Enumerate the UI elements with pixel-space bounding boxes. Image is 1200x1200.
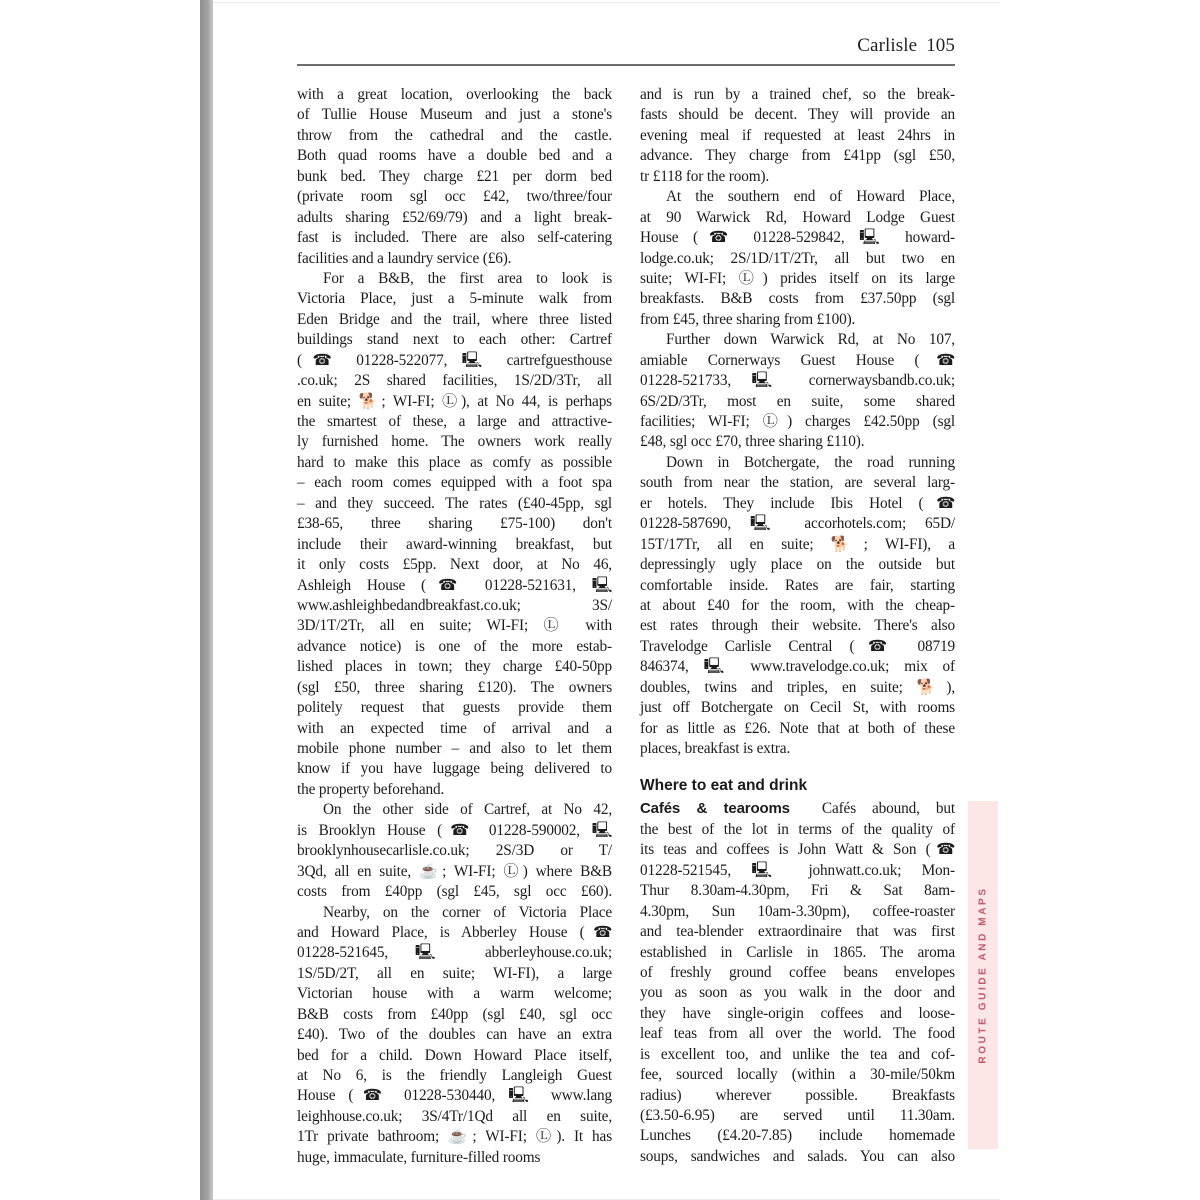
text-line: – each room comes equipped with a foot s…	[297, 473, 612, 493]
section-spacer	[640, 759, 955, 773]
text-line: 01228-521545, 🖳 johnwatt.co.uk; Mon-	[640, 861, 955, 881]
text-line: 1S/5D/2T, all en suite; WI-FI), a large	[297, 964, 612, 984]
text-line: from £45, three sharing from £100).	[640, 310, 955, 330]
text-line: er hotels. They include Ibis Hotel (☎	[640, 494, 955, 514]
text-line: 01228-521645, 🖳 abberleyhouse.co.uk;	[297, 943, 612, 963]
text-line: with an expected time of arrival and a	[297, 719, 612, 739]
text-line: 1Tr private bathroom; ☕; WI-FI; Ⓛ). It h…	[297, 1127, 612, 1147]
text-line: they have single-origin coffees and loos…	[640, 1004, 955, 1024]
text-line: doubles, twins and triples, en suite; 🐕)…	[640, 678, 955, 698]
section-subheading: Cafés & tearooms	[640, 800, 790, 817]
text-line: (sgl £50, three sharing £120). The owner…	[297, 678, 612, 698]
text-line: breakfasts. B&B costs from £37.50pp (sgl	[640, 289, 955, 309]
text-line: bunk bed. They charge £21 per dorm bed	[297, 167, 612, 187]
text-line: Thur 8.30am-4.30pm, Fri & Sat 8am-	[640, 881, 955, 901]
page-number: 105	[926, 35, 955, 56]
text-line: hard to make this place as comfy as poss…	[297, 453, 612, 473]
text-line: Nearby, on the corner of Victoria Place	[297, 903, 612, 923]
text-line: evening meal if requested at least 24hrs…	[640, 126, 955, 146]
text-line: know if you have luggage being delivered…	[297, 759, 612, 779]
header-rule	[297, 64, 955, 66]
text-line: lodge.co.uk; 2S/1D/1T/2Tr, all but two e…	[640, 249, 955, 269]
text-line: On the other side of Cartref, at No 42,	[297, 800, 612, 820]
text-line: suite; WI-FI; Ⓛ) prides itself on its la…	[640, 269, 955, 289]
text-line: (£3.50-6.95) are served until 11.30am.	[640, 1106, 955, 1126]
text-line: and Howard Place, is Abberley House (☎	[297, 923, 612, 943]
text-line: established in Carlisle in 1865. The aro…	[640, 943, 955, 963]
text-line: costs from £40pp (sgl £45, sgl occ £60).	[297, 882, 612, 902]
text-line: ly furnished home. The owners work reall…	[297, 432, 612, 452]
text-line: fast is included. There are also self-ca…	[297, 228, 612, 248]
text-line: adults sharing £52/69/79) and a light br…	[297, 208, 612, 228]
text-line: At the southern end of Howard Place,	[640, 187, 955, 207]
text-line: brooklynhousecarlisle.co.uk; 2S/3D or T/	[297, 841, 612, 861]
text-line: buildings stand next to each other: Cart…	[297, 330, 612, 350]
text-line: (☎ 01228-522077, 🖳 cartrefguesthouse	[297, 351, 612, 371]
text-line: soups, sandwiches and salads. You can al…	[640, 1147, 955, 1167]
text-line: is excellent too, and unlike the tea and…	[640, 1045, 955, 1065]
text-line: .co.uk; 2S shared facilities, 1S/2D/3Tr,…	[297, 371, 612, 391]
text-line: Down in Botchergate, the road running	[640, 453, 955, 473]
text-line: advance notice) is one of the more estab…	[297, 637, 612, 657]
text-line: it only costs £5pp. Next door, at No 46,	[297, 555, 612, 575]
text-line: with a great location, overlooking the b…	[297, 85, 612, 105]
text-line: fasts should be decent. They will provid…	[640, 105, 955, 125]
text-line: 15T/17Tr, all en suite; 🐕; WI-FI), a	[640, 535, 955, 555]
text-line: is Brooklyn House (☎ 01228-590002, 🖳	[297, 821, 612, 841]
text-line: radius) wherever possible. Breakfasts	[640, 1086, 955, 1106]
text-line: south from near the station, are several…	[640, 473, 955, 493]
right-column-body: and is run by a trained chef, so the bre…	[640, 85, 955, 759]
text-line: you as soon as you walk in the door and	[640, 983, 955, 1003]
text-line: amiable Cornerways Guest House (☎	[640, 351, 955, 371]
text-line: – and they succeed. The rates (£40-45pp,…	[297, 494, 612, 514]
text-line: Further down Warwick Rd, at No 107,	[640, 330, 955, 350]
text-line: 6S/2D/3Tr, most en suite, some shared	[640, 392, 955, 412]
text-line: 4.30pm, Sun 10am-3.30pm), coffee-roaster	[640, 902, 955, 922]
text-line: throw from the cathedral and the castle.	[297, 126, 612, 146]
text-line: For a B&B, the first area to look is	[297, 269, 612, 289]
text-line: 3Qd, all en suite, ☕; WI-FI; Ⓛ) where B&…	[297, 862, 612, 882]
text-line: depressingly ugly place on the outside b…	[640, 555, 955, 575]
text-line: include their award-winning breakfast, b…	[297, 535, 612, 555]
side-tab-label: ROUTE GUIDE AND MAPS	[978, 886, 989, 1063]
text-line: fee, sourced locally (within a 30-mile/5…	[640, 1065, 955, 1085]
text-line: facilities; WI-FI; Ⓛ) charges £42.50pp (…	[640, 412, 955, 432]
text-line: leaf teas from all over the world. The f…	[640, 1024, 955, 1044]
text-line: £38-65, three sharing £75-100) don't	[297, 514, 612, 534]
text-line: 01228-521733, 🖳 cornerwaysbandb.co.uk;	[640, 371, 955, 391]
text-line: for as little as £26. Note that at both …	[640, 719, 955, 739]
text-line: of Tullie House Museum and just a stone'…	[297, 105, 612, 125]
text-line: Travelodge Carlisle Central (☎ 08719	[640, 637, 955, 657]
text-line: places, breakfast is extra.	[640, 739, 955, 759]
text-line: B&B costs from £40pp (sgl £40, sgl occ	[297, 1005, 612, 1025]
text-line: 3D/1T/2Tr, all en suite; WI-FI; Ⓛ with	[297, 616, 612, 636]
text-line: Victoria Place, just a 5-minute walk fro…	[297, 289, 612, 309]
text-line: mobile phone number – and also to let th…	[297, 739, 612, 759]
text-line: House (☎ 01228-530440, 🖳 www.lang	[297, 1086, 612, 1106]
text-line: politely request that guests provide the…	[297, 698, 612, 718]
text-line: lished places in town; they charge £40-5…	[297, 657, 612, 677]
text-line: Eden Bridge and the trail, where three l…	[297, 310, 612, 330]
section-heading: Where to eat and drink	[640, 773, 955, 799]
text-line: leighhouse.co.uk; 3S/4Tr/1Qd all en suit…	[297, 1107, 612, 1127]
text-line: Victorian house with a warm welcome;	[297, 984, 612, 1004]
text-line: huge, immaculate, furniture-filled rooms	[297, 1148, 612, 1168]
text-line: £40). Two of the doubles can have an ext…	[297, 1025, 612, 1045]
section-body: Cafés & tearooms Cafés abound, butthe be…	[640, 799, 955, 1167]
text-line: Ashleigh House (☎ 01228-521631, 🖳	[297, 576, 612, 596]
running-head-title: Carlisle	[857, 35, 917, 56]
text-line: at No 6, is the friendly Langleigh Guest	[297, 1066, 612, 1086]
text-line: just off Botchergate on Cecil St, with r…	[640, 698, 955, 718]
text-line: of freshly ground coffee beans envelopes	[640, 963, 955, 983]
text-line: en suite; 🐕; WI-FI; Ⓛ), at No 44, is per…	[297, 392, 612, 412]
text-line: and tea-blender extraordinaire that was …	[640, 922, 955, 942]
text-line: facilities and a laundry service (£6).	[297, 249, 612, 269]
text-line: at 90 Warwick Rd, Howard Lodge Guest	[640, 208, 955, 228]
book-gutter	[200, 0, 213, 1200]
text-fragment: Cafés abound, but	[822, 800, 955, 817]
text-line: the smartest of these, a large and attra…	[297, 412, 612, 432]
text-line: est rates through their website. There's…	[640, 616, 955, 636]
text-line: comfortable inside. Rates are fair, star…	[640, 576, 955, 596]
text-line: House (☎ 01228-529842, 🖳 howard-	[640, 228, 955, 248]
text-line: bed for a child. Down Howard Place itsel…	[297, 1046, 612, 1066]
running-head: Carlisle105	[857, 35, 955, 57]
text-line: £48, sgl occ £70, three sharing £110).	[640, 432, 955, 452]
text-line: advance. They charge from £41pp (sgl £50…	[640, 146, 955, 166]
text-line: and is run by a trained chef, so the bre…	[640, 85, 955, 105]
text-line: tr £118 for the room).	[640, 167, 955, 187]
text-line: 846374, 🖳 www.travelodge.co.uk; mix of	[640, 657, 955, 677]
text-line: its teas and coffees is John Watt & Son …	[640, 840, 955, 860]
book-page: Carlisle105 with a great location, overl…	[213, 2, 1000, 1200]
text-line: (private room sgl occ £42, two/three/fou…	[297, 187, 612, 207]
text-line: the property beforehand.	[297, 780, 612, 800]
text-line: at about £40 for the room, with the chea…	[640, 596, 955, 616]
text-line: Both quad rooms have a double bed and a	[297, 146, 612, 166]
text-line: the best of the lot in terms of the qual…	[640, 820, 955, 840]
right-column: and is run by a trained chef, so the bre…	[640, 85, 955, 1167]
text-line: 01228-587690, 🖳 accorhotels.com; 65D/	[640, 514, 955, 534]
side-tab: ROUTE GUIDE AND MAPS	[968, 801, 998, 1149]
text-line: Lunches (£4.20-7.85) include homemade	[640, 1126, 955, 1146]
text-line: www.ashleighbedandbreakfast.co.uk; 3S/	[297, 596, 612, 616]
text-line: Cafés & tearooms Cafés abound, but	[640, 799, 955, 819]
left-column: with a great location, overlooking the b…	[297, 85, 612, 1168]
